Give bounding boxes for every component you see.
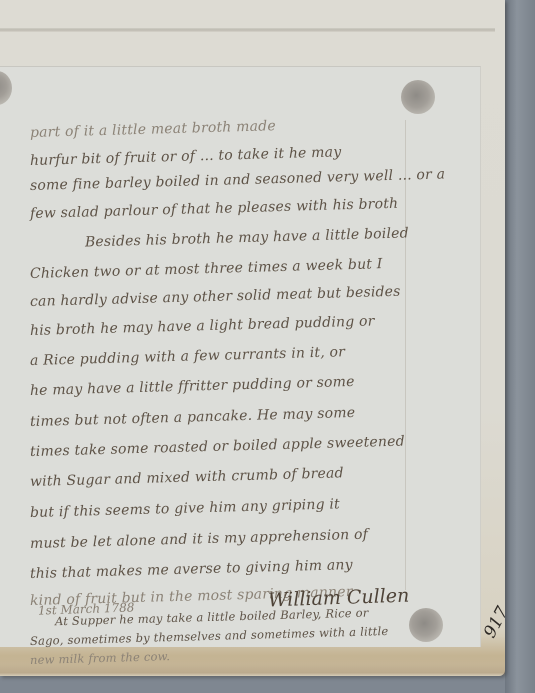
ink-blot-top-left xyxy=(0,71,12,105)
manuscript-scan: part of it a little meat broth made hurf… xyxy=(0,0,535,693)
scan-background-edge xyxy=(505,0,535,693)
fold-line xyxy=(0,28,495,32)
